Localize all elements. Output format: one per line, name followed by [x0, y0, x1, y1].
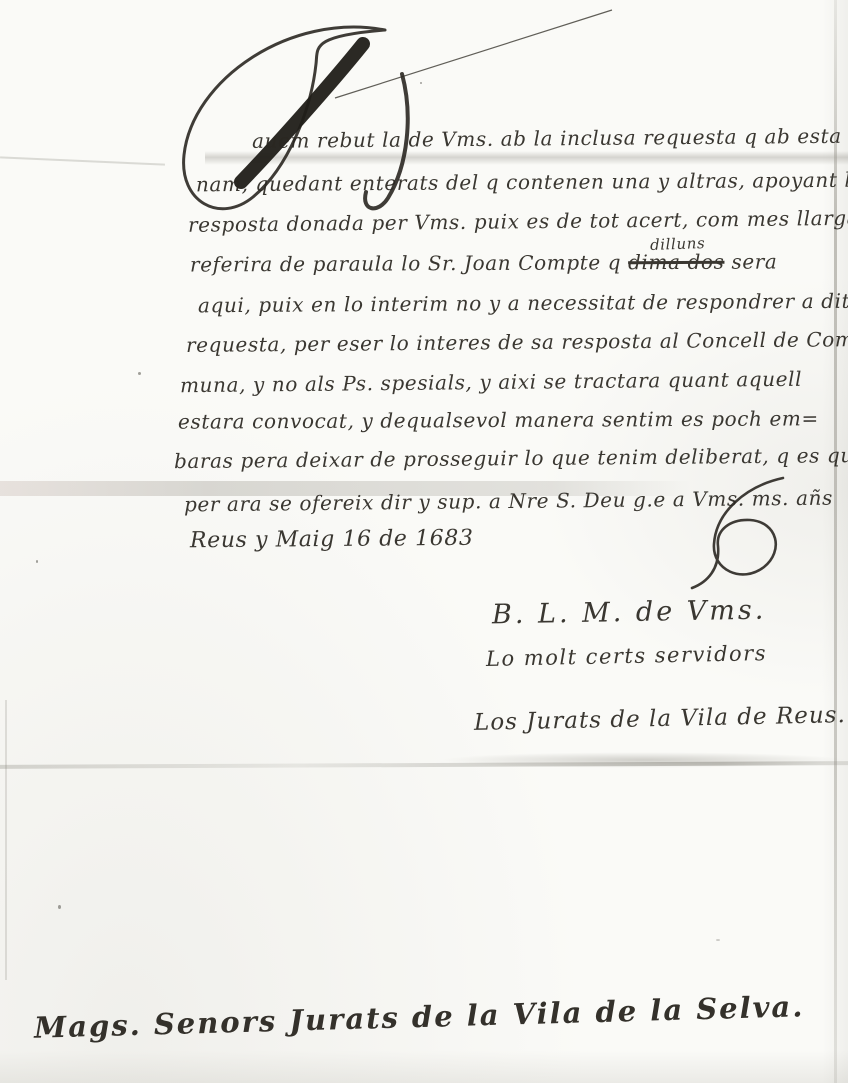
closing-salutation: B. L. M. de Vms. — [492, 595, 767, 631]
fold-crease — [0, 761, 848, 769]
manuscript-line: nam, quedant enterats del q contenen una… — [196, 168, 848, 197]
ink-speck — [58, 905, 61, 909]
address-line: Mags. Senors Jurats de la Vila de la Sel… — [34, 989, 805, 1044]
ink-speck — [36, 560, 38, 563]
paper-edge — [834, 0, 837, 1083]
ink-speck — [716, 939, 720, 941]
fold-crease — [0, 156, 165, 165]
struck-out-text: dima dos — [628, 250, 724, 275]
manuscript-letter-page: auem rebut la de Vms. ab la inclusa requ… — [0, 0, 848, 1083]
paper-edge-shadow — [822, 0, 848, 1083]
correction-pre-text: referira de paraula lo Sr. Joan Compte q — [190, 250, 628, 276]
fold-crease-shadow — [440, 752, 848, 768]
ink-speck — [138, 372, 141, 375]
interlinear-insertion: dilluns — [650, 234, 706, 254]
manuscript-line: muna, y no als Ps. spesials, y aixi se t… — [180, 367, 802, 398]
manuscript-line: auem rebut la de Vms. ab la inclusa requ… — [252, 123, 848, 153]
paper-edge — [5, 700, 7, 980]
initial-flourish-icon — [150, 0, 630, 235]
signature-line: Los Jurats de la Vila de Reus. — [474, 702, 846, 736]
manuscript-line: baras pera deixar de prosseguir lo que t… — [174, 443, 848, 473]
manuscript-line: aqui, puix en lo interim no y a necessit… — [198, 289, 848, 318]
date-line: Reus y Maig 16 de 1683 — [190, 526, 474, 553]
closing-servants-line: Lo molt certs servidors — [486, 641, 767, 671]
manuscript-line: requesta, per eser lo interes de sa resp… — [186, 327, 848, 357]
manuscript-line-with-correction: referira de paraula lo Sr. Joan Compte q… — [190, 249, 778, 276]
manuscript-line: estara convocat, y dequalsevol manera se… — [178, 406, 819, 433]
correction-post-text: sera — [724, 249, 777, 273]
